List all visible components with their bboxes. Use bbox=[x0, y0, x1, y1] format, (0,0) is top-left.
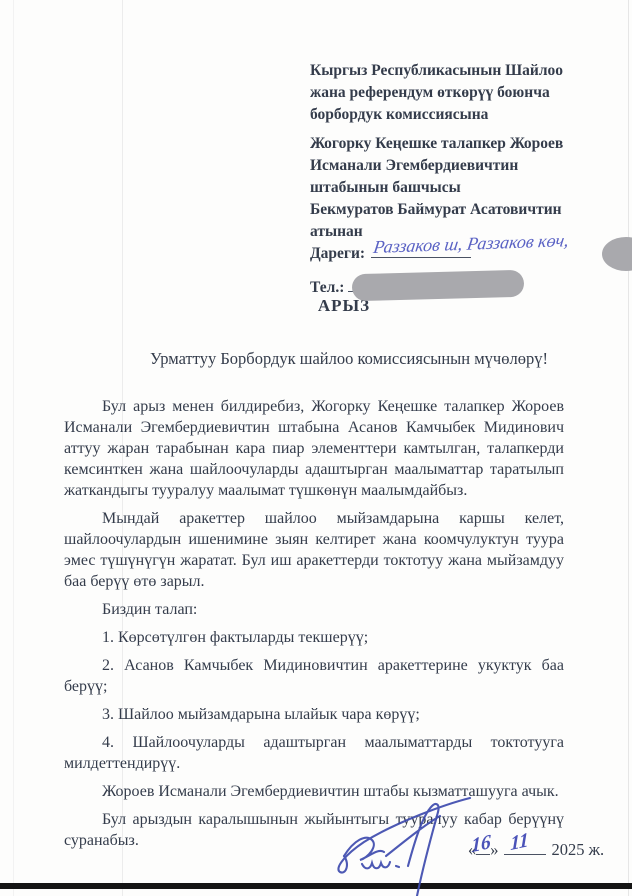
recipient-line: Кыргыз Республикасынын Шайлоо bbox=[310, 60, 632, 82]
scanned-document-page: Кыргыз Республикасынын Шайлоо жана рефер… bbox=[0, 0, 632, 896]
redaction-blob-address bbox=[602, 237, 632, 271]
demand-item: 4. Шайлоочуларды адаштырган маалыматтард… bbox=[64, 732, 564, 774]
demands-heading: Биздин талап: bbox=[64, 599, 564, 620]
body-paragraph: Бул арыз менен билдиребиз, Жогорку Кеңеш… bbox=[64, 396, 564, 501]
body-paragraph: Мындай аракеттер шайлоо мыйзамдарына кар… bbox=[64, 508, 564, 592]
date-close-quote: » bbox=[490, 840, 498, 859]
date-line: «»2025 ж. 16 11 bbox=[468, 840, 604, 860]
scan-edge-bar bbox=[0, 883, 632, 889]
applicant-line: Бекмуратов Баймурат Асатовичтин bbox=[310, 199, 632, 221]
applicant-line: штабынын башчысы bbox=[310, 177, 632, 199]
address-label: Дареги: bbox=[310, 245, 365, 262]
phone-label: Тел.: bbox=[310, 279, 344, 296]
recipient-block: Кыргыз Республикасынын Шайлоо жана рефер… bbox=[310, 60, 632, 126]
letter-header: Кыргыз Республикасынын Шайлоо жана рефер… bbox=[310, 60, 632, 299]
phone-line: Тел.: bbox=[310, 277, 632, 299]
signature-scribble bbox=[318, 782, 493, 896]
handwritten-day: 16 bbox=[471, 831, 491, 859]
recipient-line: борбордук комиссиясына bbox=[310, 104, 632, 126]
applicant-line: Исманали Эгембердиевичтин bbox=[310, 155, 632, 177]
demand-item: 3. Шайлоо мыйзамдарына ылайык чара көрүү… bbox=[64, 704, 564, 725]
recipient-line: жана референдум өткөрүү боюнча bbox=[310, 82, 632, 104]
demand-item: 2. Асанов Камчыбек Мидиновичтин аракетте… bbox=[64, 655, 564, 697]
redaction-blob-phone bbox=[352, 270, 525, 301]
date-year: 2025 ж. bbox=[552, 840, 605, 859]
applicant-line: Жогорку Кеңешке талапкер Жороев bbox=[310, 133, 632, 155]
salutation: Урматтуу Борбордук шайлоо комиссиясынын … bbox=[64, 349, 564, 369]
address-line: Дареги: Раззаков ш, Раззаков көч, bbox=[310, 243, 632, 265]
handwritten-month: 11 bbox=[510, 829, 528, 856]
document-title: АРЫЗ bbox=[64, 296, 564, 316]
applicant-block: Жогорку Кеңешке талапкер Жороев Исманали… bbox=[310, 133, 632, 299]
demand-item: 1. Көрсөтүлгөн фактыларды текшерүү; bbox=[64, 627, 564, 648]
scan-artifact-line bbox=[13, 0, 14, 896]
